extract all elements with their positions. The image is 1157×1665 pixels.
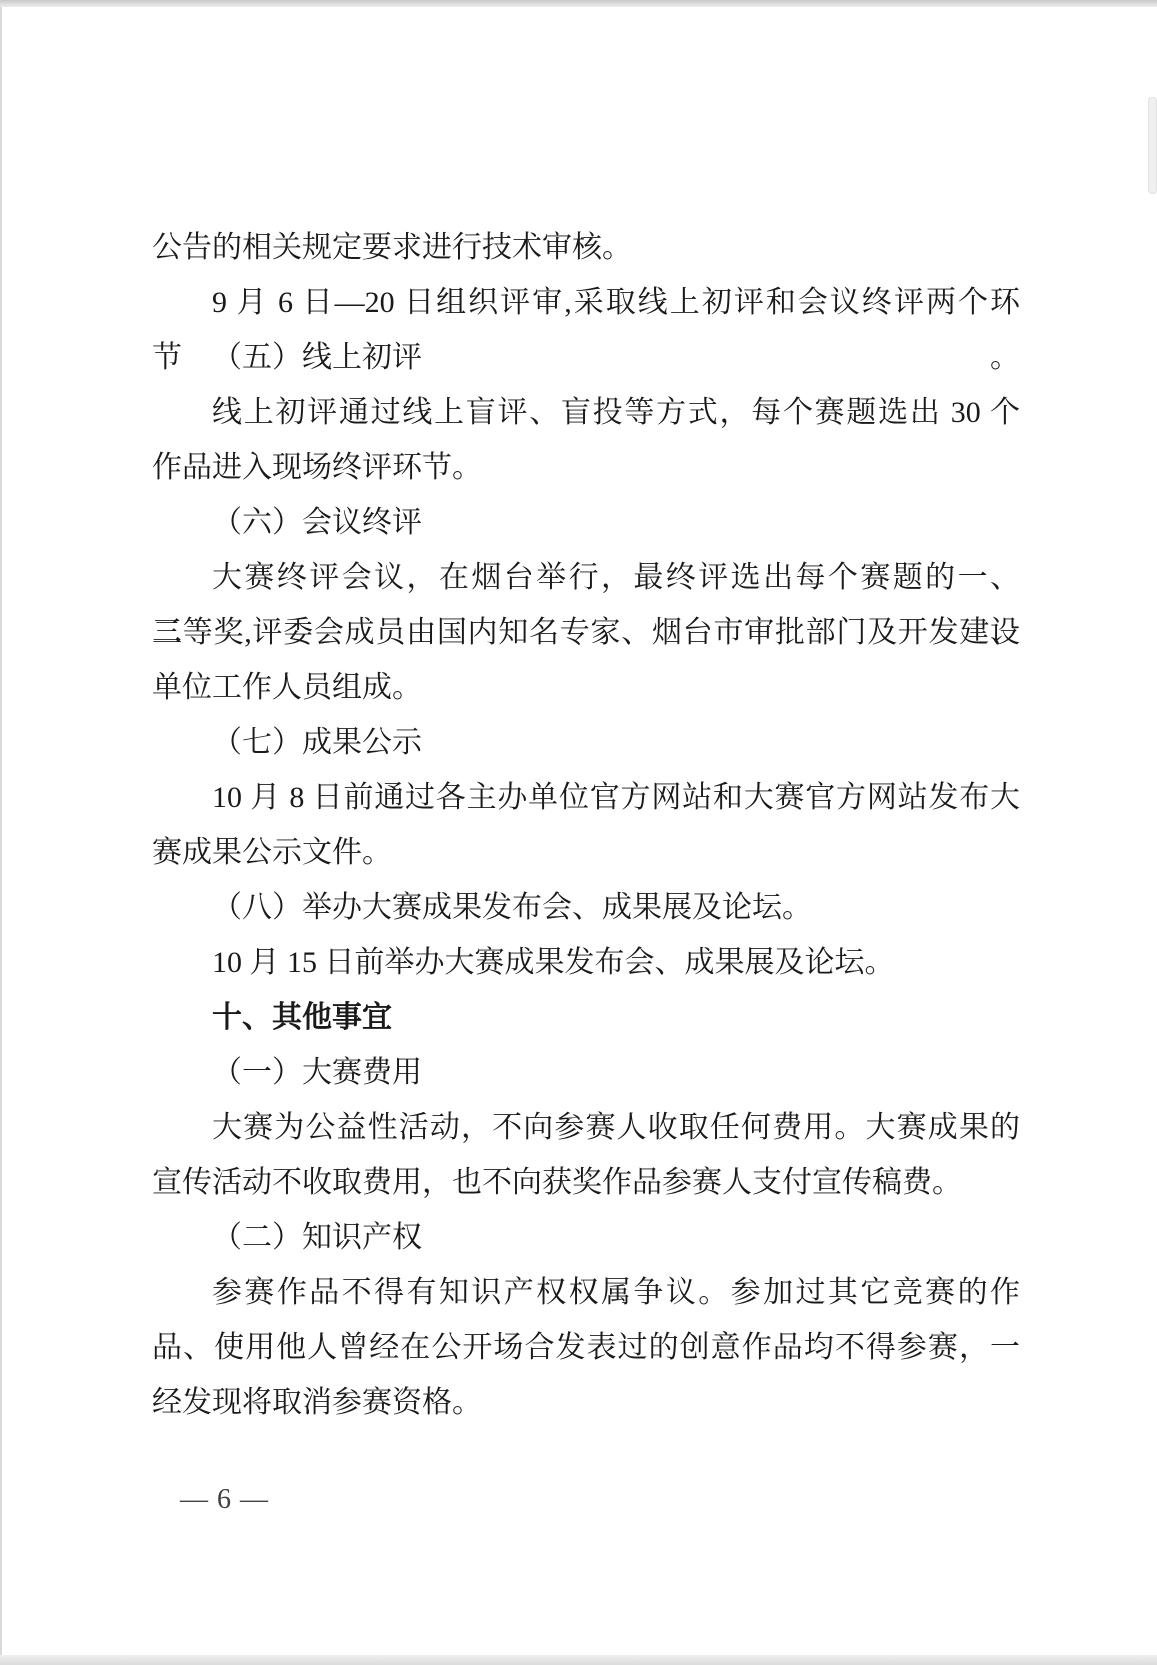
text-line: 10 月 8 日前通过各主办单位官方网站和大赛官方网站发布大 bbox=[152, 770, 1020, 825]
window-bottom-edge bbox=[0, 1655, 1157, 1665]
text-line: 单位工作人员组成。 bbox=[152, 660, 1020, 715]
text-line: 参赛作品不得有知识产权权属争议。参加过其它竞赛的作 bbox=[152, 1265, 1020, 1320]
text-line: 作品进入现场终评环节。 bbox=[152, 440, 1020, 495]
text-line: （二）知识产权 bbox=[152, 1210, 1020, 1265]
text-line: （一）大赛费用 bbox=[152, 1045, 1020, 1100]
text-line: （六）会议终评 bbox=[152, 495, 1020, 550]
page-left-border bbox=[0, 7, 2, 1655]
text-line: 大赛终评会议，在烟台举行，最终评选出每个赛题的一、二、 bbox=[152, 550, 1020, 605]
text-line: （八）举办大赛成果发布会、成果展及论坛。 bbox=[152, 880, 1020, 935]
text-line: 经发现将取消参赛资格。 bbox=[152, 1375, 1020, 1430]
page-number: — 6 — bbox=[180, 1482, 269, 1518]
text-line: 公告的相关规定要求进行技术审核。 bbox=[152, 220, 1020, 275]
text-line: 大赛为公益性活动，不向参赛人收取任何费用。大赛成果的 bbox=[152, 1100, 1020, 1155]
page-content: 公告的相关规定要求进行技术审核。9 月 6 日—20 日组织评审,采取线上初评和… bbox=[152, 220, 1020, 1430]
text-line: 线上初评通过线上盲评、盲投等方式，每个赛题选出 30 个 bbox=[152, 385, 1020, 440]
text-line: 宣传活动不收取费用，也不向获奖作品参赛人支付宣传稿费。 bbox=[152, 1155, 1020, 1210]
text-line: （七）成果公示 bbox=[152, 715, 1020, 770]
text-line: 赛成果公示文件。 bbox=[152, 825, 1020, 880]
text-line: 品、使用他人曾经在公开场合发表过的创意作品均不得参赛，一 bbox=[152, 1320, 1020, 1375]
window-top-edge bbox=[0, 0, 1157, 7]
section-heading: 十、其他事宜 bbox=[152, 990, 1020, 1045]
text-line: 三等奖,评委会成员由国内知名专家、烟台市审批部门及开发建设 bbox=[152, 605, 1020, 660]
text-line: 9 月 6 日—20 日组织评审,采取线上初评和会议终评两个环节。 bbox=[152, 275, 1020, 330]
scrollbar-thumb[interactable] bbox=[1148, 97, 1157, 194]
text-line: 10 月 15 日前举办大赛成果发布会、成果展及论坛。 bbox=[152, 935, 1020, 990]
